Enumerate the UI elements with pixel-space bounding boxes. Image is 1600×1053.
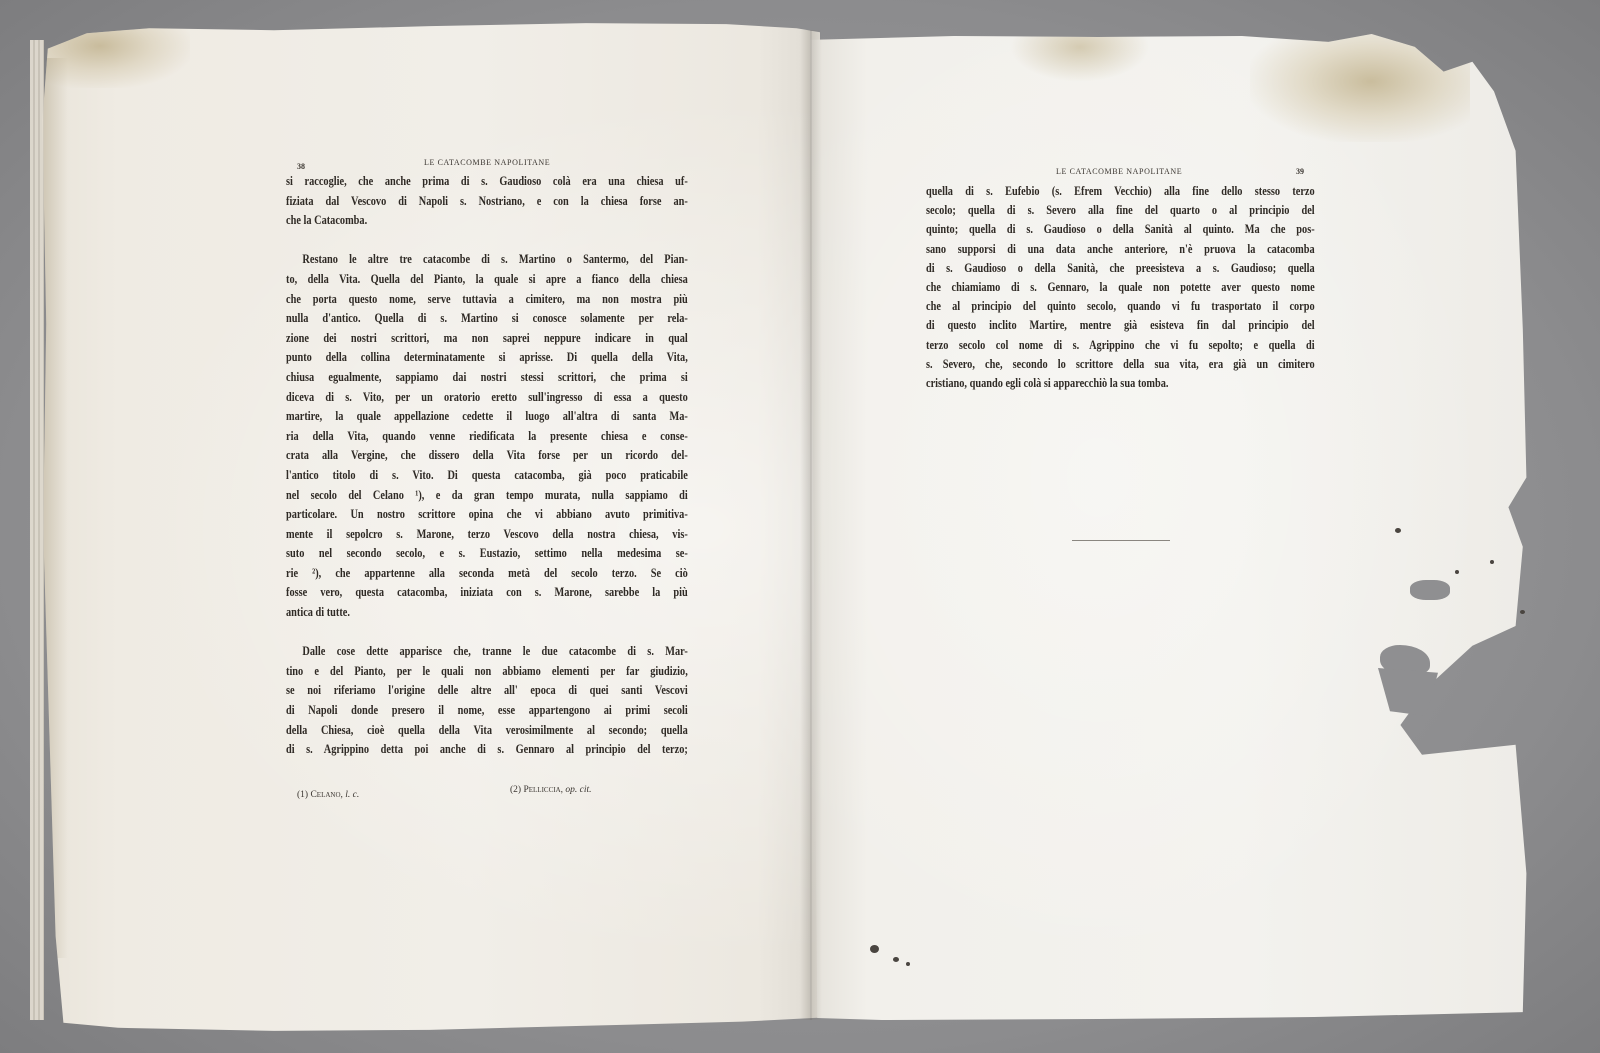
- text-line: quella di s. Eufebio (s. Efrem Vecchio) …: [926, 182, 1315, 201]
- text-line: cristiano, quando egli colà si apparecch…: [926, 374, 1315, 393]
- text-line: fiziata dal Vescovo di Napoli s. Nostria…: [286, 192, 688, 212]
- text-line: che la Catacomba.: [286, 211, 688, 231]
- text-line: crata alla Vergine, che dissero della Vi…: [286, 446, 688, 466]
- text-line: nulla d'antico. Quella di s. Martino si …: [286, 309, 688, 329]
- paper-damage-hole: [1410, 580, 1450, 600]
- footnote-2: (2) Pelliccia, op. cit.: [510, 785, 592, 795]
- text-line: della Chiesa, cioè quella della Vita ver…: [286, 721, 688, 741]
- book-gutter: [800, 30, 822, 1020]
- text-line: rie ²), che appartenne alla seconda metà…: [286, 564, 688, 584]
- text-line: che porta questo nome, serve tuttavia a …: [286, 290, 688, 310]
- text-line: terzo secolo col nome di s. Agrippino ch…: [926, 336, 1315, 355]
- text-line: antica di tutte.: [286, 603, 688, 623]
- end-of-chapter-rule: [1072, 540, 1170, 541]
- foxing-speck: [1520, 610, 1525, 614]
- foxing-speck: [870, 945, 879, 953]
- text-line: quinto; quella di s. Gaudioso o della Sa…: [926, 220, 1315, 239]
- text-line: to, della Vita. Quella del Pianto, la qu…: [286, 270, 688, 290]
- folio-left: 38: [297, 162, 305, 171]
- text-line: tino e del Pianto, per le quali non abbi…: [286, 662, 688, 682]
- text-line: di Napoli donde presero il nome, esse ap…: [286, 701, 688, 721]
- text-line: punto della collina determinatamente si …: [286, 348, 688, 368]
- foxing-speck: [906, 962, 910, 966]
- text-line: si raccoglie, che anche prima di s. Gaud…: [286, 172, 688, 192]
- footnote-2-label: (2) Pelliccia,: [510, 785, 563, 795]
- running-head-left: LE CATACOMBE NAPOLITANE: [424, 158, 550, 167]
- text-line: martire, la quale appellazione cedette i…: [286, 407, 688, 427]
- text-line: di s. Gaudioso o della Sanità, che prees…: [926, 259, 1315, 278]
- paragraph-gap: [286, 623, 688, 643]
- running-head-right: LE CATACOMBE NAPOLITANE: [1056, 167, 1182, 176]
- foxing-speck: [893, 957, 899, 962]
- text-line: fosse vero, questa catacomba, iniziata c…: [286, 583, 688, 603]
- right-page: [810, 32, 1530, 1022]
- text-line: s. Severo, che, secondo lo scrittore del…: [926, 355, 1315, 374]
- text-line: secolo; quella di s. Severo alla fine de…: [926, 201, 1315, 220]
- text-line: sano supporsi di una data anche anterior…: [926, 240, 1315, 259]
- paragraph-gap: [286, 231, 688, 251]
- text-line: Dalle cose dette apparisce che, tranne l…: [286, 642, 688, 662]
- footnote-2-ref: op. cit.: [565, 785, 591, 795]
- footnote-1-ref: l. c.: [345, 790, 359, 800]
- text-line: zione dei nostri scrittori, ma non sapre…: [286, 329, 688, 349]
- foxing-speck: [1490, 560, 1494, 564]
- text-line: ria della Vita, quando venne riedificata…: [286, 427, 688, 447]
- footnote-1-label: (1) Celano,: [297, 790, 343, 800]
- text-line: che al principio del quinto secolo, quan…: [926, 297, 1315, 316]
- foxing-speck: [1455, 570, 1459, 574]
- text-line: che chiamiamo di s. Gennaro, la quale no…: [926, 278, 1315, 297]
- text-line: diceva di s. Vito, per un oratorio erett…: [286, 388, 688, 408]
- foxing-speck: [1395, 528, 1401, 533]
- text-line: nel secolo del Celano ¹), e da gran temp…: [286, 486, 688, 506]
- text-line: l'antico titolo di s. Vito. Di questa ca…: [286, 466, 688, 486]
- text-line: particolare. Un nostro scrittore opina c…: [286, 505, 688, 525]
- text-line: Restano le altre tre catacombe di s. Mar…: [286, 250, 688, 270]
- text-line: se noi riferiamo l'origine delle altre a…: [286, 681, 688, 701]
- footnote-1: (1) Celano, l. c.: [297, 790, 359, 800]
- stacked-page-edges: [30, 40, 44, 1020]
- text-line: di s. Agrippino detta poi anche di s. Ge…: [286, 740, 688, 760]
- left-page-body: si raccoglie, che anche prima di s. Gaud…: [286, 172, 688, 760]
- text-line: suto nel secondo secolo, e s. Eustazio, …: [286, 544, 688, 564]
- right-page-body: quella di s. Eufebio (s. Efrem Vecchio) …: [926, 182, 1315, 393]
- folio-right: 39: [1296, 167, 1304, 176]
- water-stain: [1010, 32, 1150, 82]
- text-line: chiusa egualmente, sappiamo dai nostri s…: [286, 368, 688, 388]
- text-line: di questo inclito Martire, mentre già es…: [926, 316, 1315, 335]
- text-line: mente il sepolcro s. Marone, terzo Vesco…: [286, 525, 688, 545]
